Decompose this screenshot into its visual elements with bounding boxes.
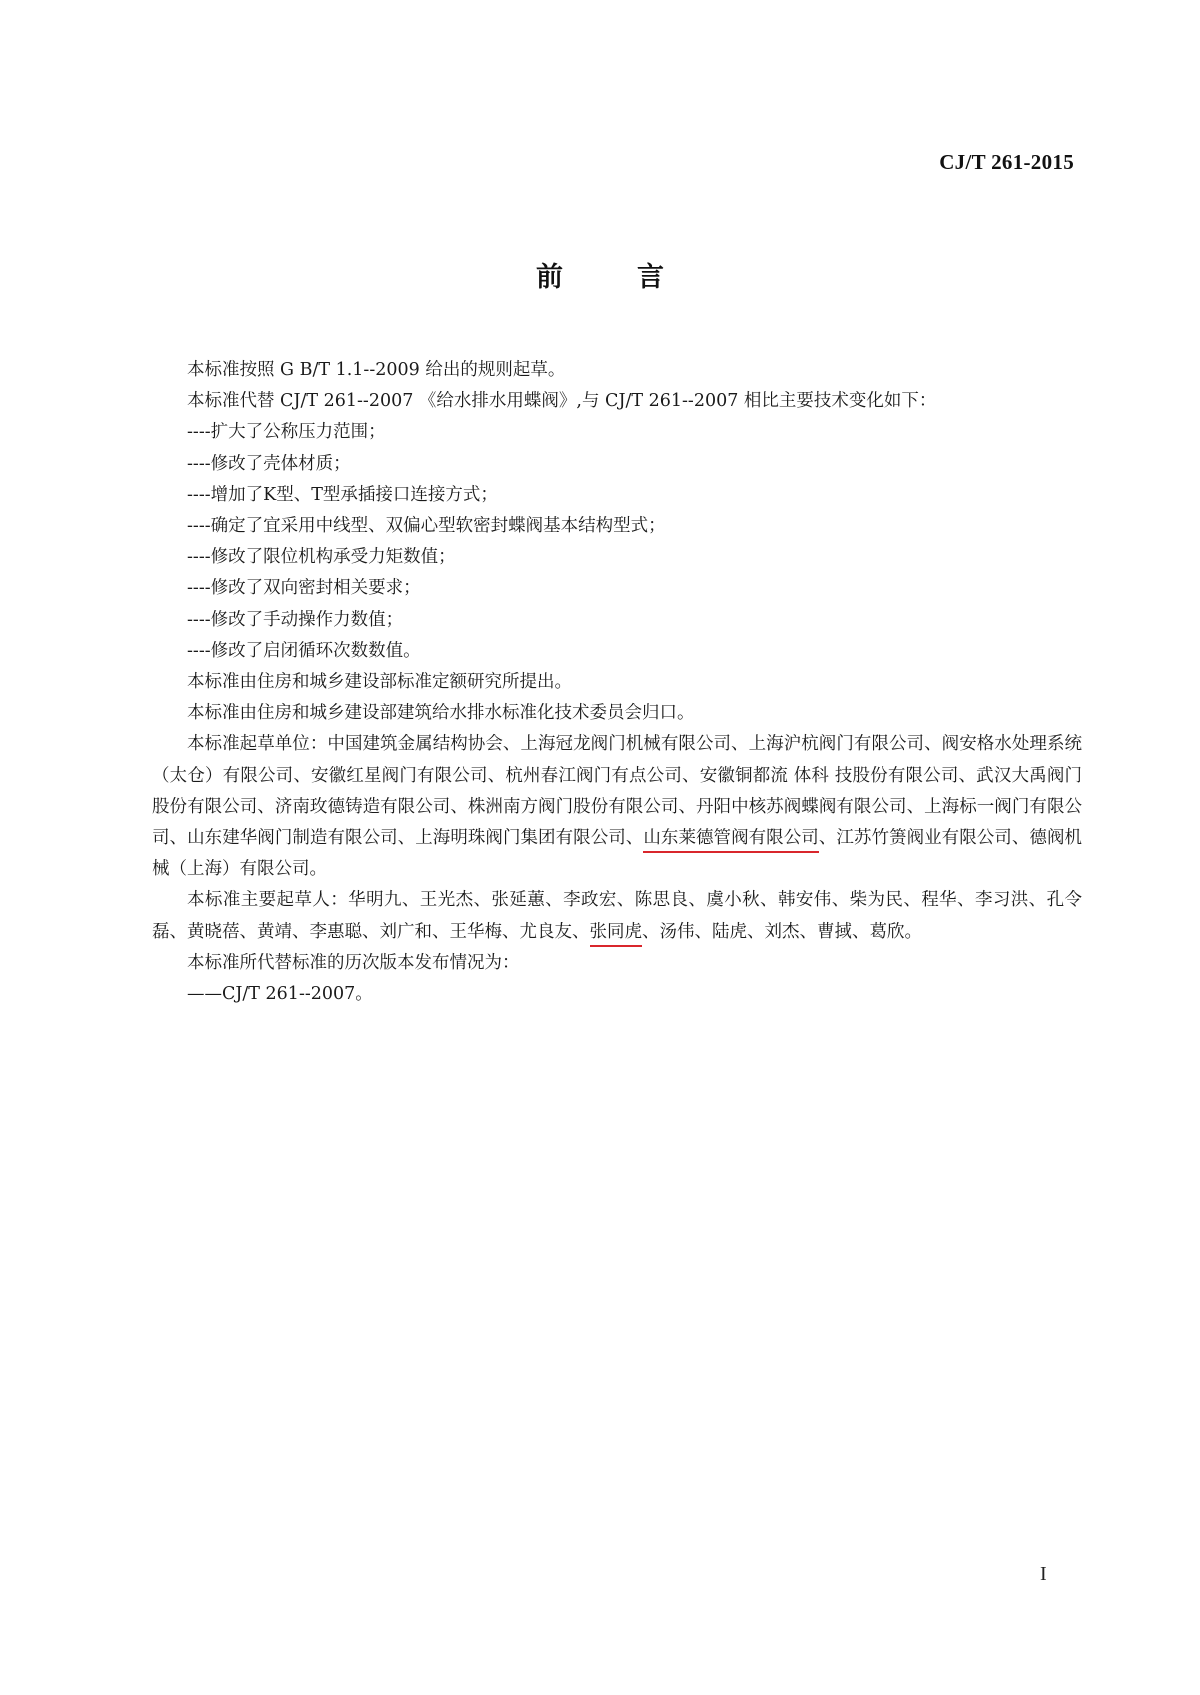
change-item: ----修改了手动操作力数值； xyxy=(152,605,1082,636)
change-item: ----修改了双向密封相关要求； xyxy=(152,573,1082,604)
paragraph-administrator: 本标准由住房和城乡建设部建筑给水排水标准化技术委员会归口。 xyxy=(152,698,1082,729)
history-item: ——CJ/T 261--2007。 xyxy=(152,979,1082,1010)
change-item: ----修改了启闭循环次数数值。 xyxy=(152,636,1082,667)
standard-code: CJ/T 261-2015 xyxy=(939,150,1074,175)
change-item: ----修改了限位机构承受力矩数值； xyxy=(152,542,1082,573)
change-item: ----增加了K型、T型承插接口连接方式； xyxy=(152,480,1082,511)
drafters-text-end: 、汤伟、陆虎、刘杰、曹掝、葛欣。 xyxy=(642,922,922,942)
page-title: 前言 xyxy=(0,255,1200,294)
paragraph-drafting-rules: 本标准按照 G B/T 1.1--2009 给出的规则起草。 xyxy=(152,355,1082,386)
page-number: I xyxy=(1040,1563,1047,1586)
paragraph-history: 本标准所代替标准的历次版本发布情况为： xyxy=(152,948,1082,979)
change-item: ----修改了壳体材质； xyxy=(152,449,1082,480)
title-char-1: 前 xyxy=(536,255,563,294)
highlighted-drafter: 张同虎 xyxy=(590,922,643,947)
paragraph-replaces: 本标准代替 CJ/T 261--2007 《给水排水用蝶阀》,与 CJ/T 26… xyxy=(152,386,1082,417)
change-item: ----扩大了公称压力范围； xyxy=(152,417,1082,448)
paragraph-drafters: 本标准主要起草人：华明九、王光杰、张延蕙、李政宏、陈思良、虞小秋、韩安伟、柴为民… xyxy=(152,885,1082,947)
paragraph-proposer: 本标准由住房和城乡建设部标准定额研究所提出。 xyxy=(152,667,1082,698)
paragraph-drafting-units: 本标准起草单位：中国建筑金属结构协会、上海冠龙阀门机械有限公司、上海沪杭阀门有限… xyxy=(152,729,1082,885)
highlighted-company: 山东莱德管阀有限公司 xyxy=(643,828,818,853)
title-char-2: 言 xyxy=(637,255,664,294)
change-item: ----确定了宜采用中线型、双偏心型软密封蝶阀基本结构型式； xyxy=(152,511,1082,542)
foreword-body: 本标准按照 G B/T 1.1--2009 给出的规则起草。 本标准代替 CJ/… xyxy=(152,355,1082,1010)
